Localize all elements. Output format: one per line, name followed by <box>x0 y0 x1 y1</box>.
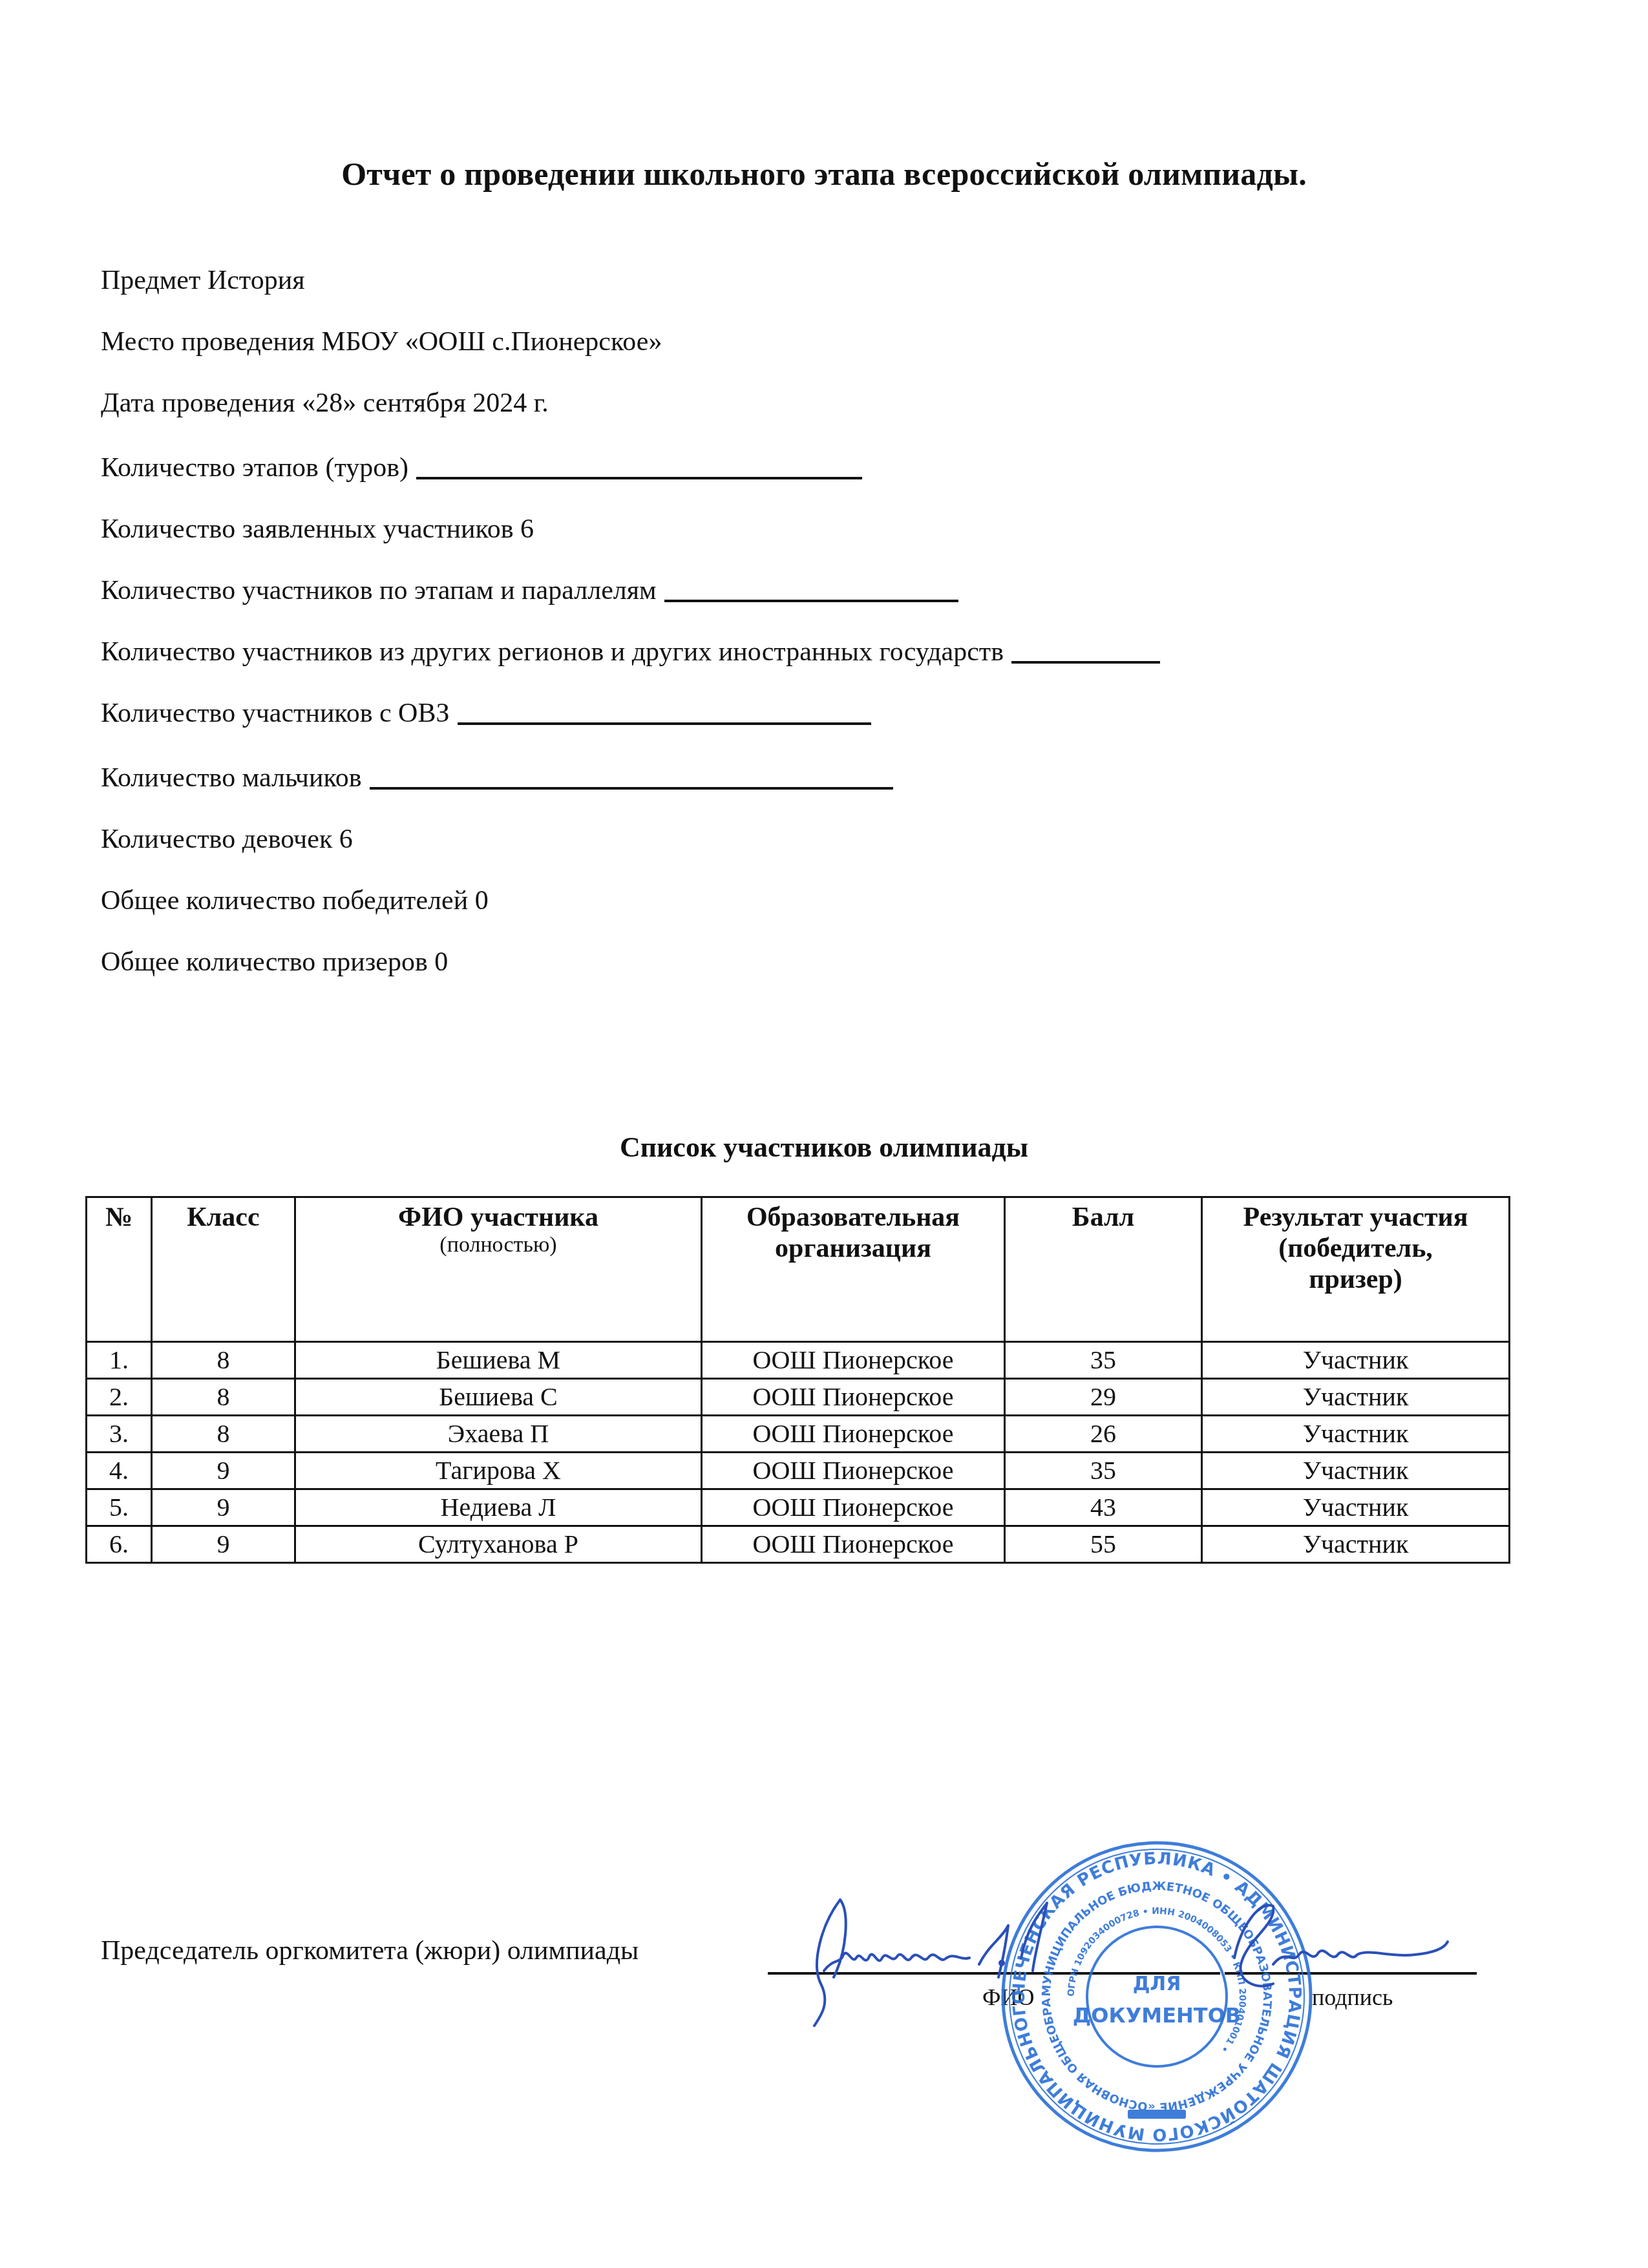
field-subject: Предмет История <box>101 265 304 296</box>
table-header-row: № Класс ФИО участника (полностью) Образо… <box>87 1197 1510 1342</box>
header-num: № <box>87 1197 152 1342</box>
field-disabilities-count: Количество участников с ОВЗ <box>101 698 871 729</box>
field-label: Дата проведения <box>101 388 295 419</box>
field-label: Количество участников из других регионов… <box>101 636 1004 667</box>
cell-org: ООШ Пионерское <box>702 1416 1005 1453</box>
field-other-regions-count: Количество участников из других регионов… <box>101 636 1160 667</box>
blank-line <box>664 600 958 602</box>
cell-name: Тагирова Х <box>295 1453 702 1489</box>
cell-org: ООШ Пионерское <box>702 1526 1005 1563</box>
field-label: Количество этапов (туров) <box>101 452 408 483</box>
header-score: Балл <box>1005 1197 1202 1342</box>
participants-table: № Класс ФИО участника (полностью) Образо… <box>85 1196 1510 1564</box>
cell-num: 1. <box>87 1342 152 1379</box>
field-label: Количество участников по этапам и паралл… <box>101 575 657 606</box>
blank-line <box>370 787 893 790</box>
blank-line <box>416 477 862 479</box>
cell-org: ООШ Пионерское <box>702 1342 1005 1379</box>
cell-score: 43 <box>1005 1489 1202 1526</box>
table-row: 6. 9 Султуханова Р ООШ Пионерское 55 Уча… <box>87 1526 1510 1563</box>
cell-num: 3. <box>87 1416 152 1453</box>
field-label: Общее количество победителей <box>101 885 468 916</box>
cell-grade: 9 <box>152 1489 295 1526</box>
header-result-line1: Результат участия <box>1243 1202 1468 1232</box>
cell-org: ООШ Пионерское <box>702 1489 1005 1526</box>
cell-name: Бешиева С <box>295 1379 702 1416</box>
field-value: МБОУ «ООШ с.Пионерское» <box>321 326 662 357</box>
field-girls-count: Количество девочек 6 <box>101 824 353 855</box>
field-label: Количество участников с ОВЗ <box>101 698 450 729</box>
cell-result: Участник <box>1202 1342 1510 1379</box>
cell-grade: 8 <box>152 1342 295 1379</box>
cell-grade: 8 <box>152 1379 295 1416</box>
cell-result: Участник <box>1202 1526 1510 1563</box>
cell-grade: 8 <box>152 1416 295 1453</box>
field-label: Количество мальчиков <box>101 762 362 793</box>
cell-org: ООШ Пионерское <box>702 1379 1005 1416</box>
cell-result: Участник <box>1202 1453 1510 1489</box>
cell-name: Султуханова Р <box>295 1526 702 1563</box>
cell-num: 4. <box>87 1453 152 1489</box>
cell-score: 29 <box>1005 1379 1202 1416</box>
field-label: Количество девочек <box>101 824 332 855</box>
cell-grade: 9 <box>152 1526 295 1563</box>
chairman-label: Председатель оргкомитета (жюри) олимпиад… <box>101 1935 639 1966</box>
table-row: 2. 8 Бешиева С ООШ Пионерское 29 Участни… <box>87 1379 1510 1416</box>
table-row: 3. 8 Эхаева П ООШ Пионерское 26 Участник <box>87 1416 1510 1453</box>
cell-name: Недиева Л <box>295 1489 702 1526</box>
field-label: Общее количество призеров <box>101 947 428 978</box>
cell-grade: 9 <box>152 1453 295 1489</box>
field-value: «28» сентября 2024 г. <box>302 388 549 419</box>
table-row: 4. 9 Тагирова Х ООШ Пионерское 35 Участн… <box>87 1453 1510 1489</box>
header-org-line2: организация <box>775 1234 931 1263</box>
field-date: Дата проведения «28» сентября 2024 г. <box>101 388 549 419</box>
table-row: 1. 8 Бешиева М ООШ Пионерское 35 Участни… <box>87 1342 1510 1379</box>
table-row: 5. 9 Недиева Л ООШ Пионерское 43 Участни… <box>87 1489 1510 1526</box>
field-value: 6 <box>339 824 353 855</box>
field-boys-count: Количество мальчиков <box>101 762 893 793</box>
cell-score: 35 <box>1005 1342 1202 1379</box>
field-prizewinners-count: Общее количество призеров 0 <box>101 947 448 978</box>
header-name-sub: (полностью) <box>300 1233 697 1257</box>
cell-name: Бешиева М <box>295 1342 702 1379</box>
cell-name: Эхаева П <box>295 1416 702 1453</box>
cell-result: Участник <box>1202 1489 1510 1526</box>
field-by-stage-count: Количество участников по этапам и паралл… <box>101 575 958 606</box>
document-title: Отчет о проведении школьного этапа всеро… <box>0 155 1648 193</box>
cell-score: 26 <box>1005 1416 1202 1453</box>
cell-num: 5. <box>87 1489 152 1526</box>
header-name: ФИО участника (полностью) <box>295 1197 702 1342</box>
cell-org: ООШ Пионерское <box>702 1453 1005 1489</box>
header-result-line3: призер) <box>1309 1265 1402 1294</box>
field-value: 0 <box>434 947 448 978</box>
field-label: Место проведения <box>101 326 315 357</box>
field-winners-count: Общее количество победителей 0 <box>101 885 489 916</box>
header-result-line2: (победитель, <box>1278 1234 1433 1263</box>
field-label: Количество заявленных участников <box>101 514 514 545</box>
header-org: Образовательная организация <box>702 1197 1005 1342</box>
cell-num: 6. <box>87 1526 152 1563</box>
header-org-line1: Образовательная <box>746 1202 960 1232</box>
field-registered-count: Количество заявленных участников 6 <box>101 514 534 545</box>
header-name-label: ФИО участника <box>398 1202 598 1232</box>
blank-line <box>1011 661 1160 664</box>
cell-score: 55 <box>1005 1526 1202 1563</box>
field-venue: Место проведения МБОУ «ООШ с.Пионерское» <box>101 326 662 357</box>
cell-score: 35 <box>1005 1453 1202 1489</box>
blank-line <box>458 722 871 725</box>
field-label: Предмет <box>101 265 200 296</box>
field-value: 0 <box>475 885 489 916</box>
field-value: 6 <box>520 514 534 545</box>
cell-num: 2. <box>87 1379 152 1416</box>
field-stages-count: Количество этапов (туров) <box>101 452 862 483</box>
cell-result: Участник <box>1202 1416 1510 1453</box>
participants-title: Список участников олимпиады <box>0 1131 1648 1164</box>
header-grade: Класс <box>152 1197 295 1342</box>
field-value: История <box>207 265 305 296</box>
handwritten-signature-icon <box>795 1887 1454 2029</box>
header-result: Результат участия (победитель, призер) <box>1202 1197 1510 1342</box>
cell-result: Участник <box>1202 1379 1510 1416</box>
